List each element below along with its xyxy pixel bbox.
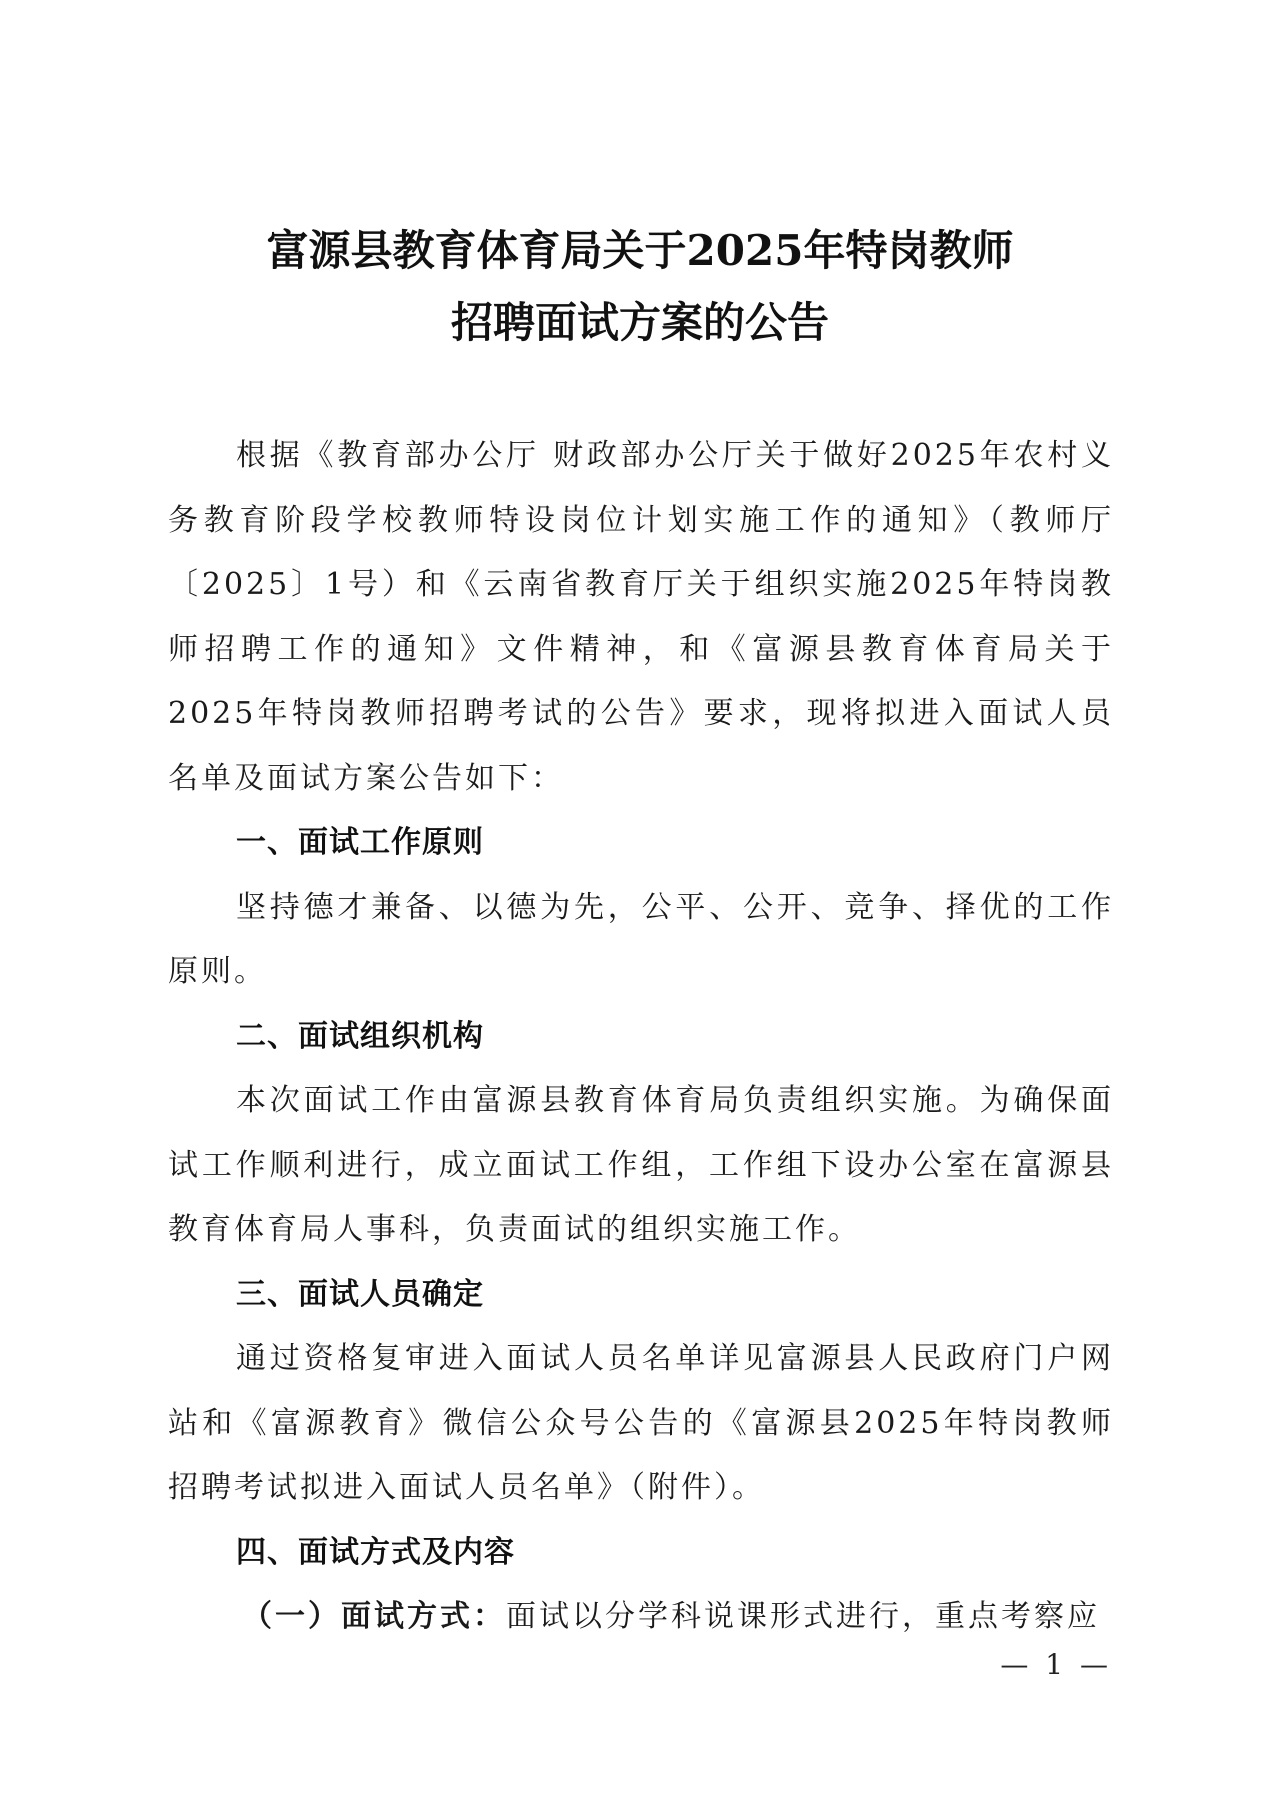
section-heading-principles: 一、面试工作原则 [168, 811, 1114, 876]
subsection-text: 面试以分学科说课形式进行，重点考察应 [506, 1599, 1100, 1634]
subsection-method: （一）面试方式：面试以分学科说课形式进行，重点考察应 [168, 1585, 1114, 1650]
document-title-line-2: 招聘面试方案的公告 [0, 290, 1280, 350]
section-heading-method: 四、面试方式及内容 [168, 1521, 1114, 1586]
section-text-candidates: 通过资格复审进入面试人员名单详见富源县人民政府门户网站和《富源教育》微信公众号公… [168, 1327, 1114, 1521]
intro-paragraph: 根据《教育部办公厅 财政部办公厅关于做好2025年农村义务教育阶段学校教师特设岗… [168, 424, 1114, 811]
document-body: 根据《教育部办公厅 财政部办公厅关于做好2025年农村义务教育阶段学校教师特设岗… [168, 424, 1114, 1650]
section-heading-candidates: 三、面试人员确定 [168, 1263, 1114, 1328]
document-title-line-1: 富源县教育体育局关于2025年特岗教师 [0, 218, 1280, 278]
section-heading-organization: 二、面试组织机构 [168, 1005, 1114, 1070]
subsection-label: （一）面试方式： [242, 1599, 506, 1634]
page-number: — 1 — [1000, 1648, 1112, 1681]
section-text-organization: 本次面试工作由富源县教育体育局负责组织实施。为确保面试工作顺利进行，成立面试工作… [168, 1069, 1114, 1263]
document-page: 富源县教育体育局关于2025年特岗教师 招聘面试方案的公告 根据《教育部办公厅 … [0, 0, 1280, 1810]
section-text-principles: 坚持德才兼备、以德为先，公平、公开、竞争、择优的工作原则。 [168, 876, 1114, 1005]
